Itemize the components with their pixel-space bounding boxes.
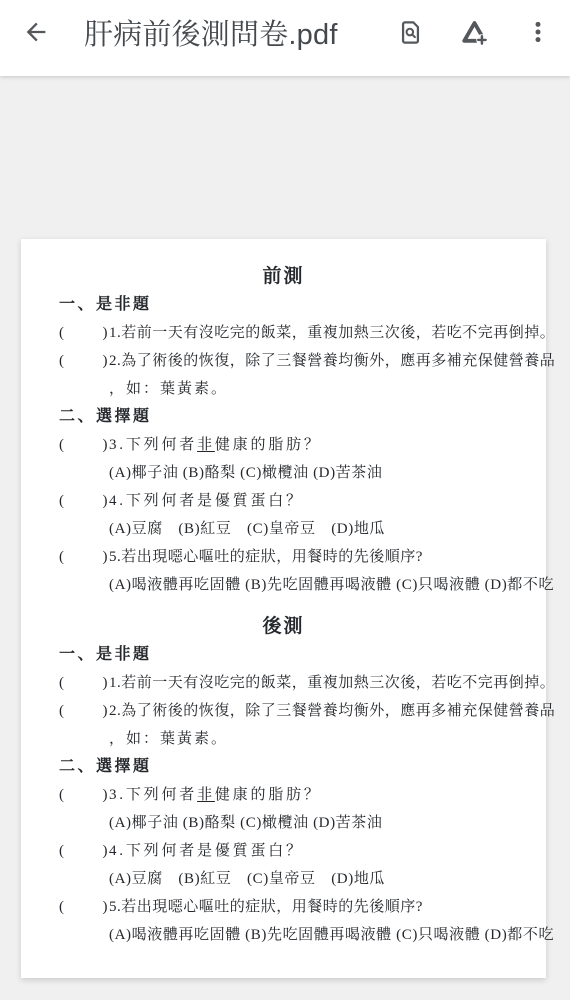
- back-arrow-icon: [22, 18, 50, 46]
- question-text: 4.下列何者是優質蛋白？: [109, 493, 304, 509]
- pretest-section: 前測 一、是非題 ()1.若前一天有沒吃完的飯菜，重複加熱三次後，若吃不完再倒掉…: [21, 263, 546, 599]
- question-line: ()1.若前一天有沒吃完的飯菜，重複加熱三次後，若吃不完再倒掉。: [21, 669, 546, 697]
- section-heading: 前測: [21, 263, 546, 291]
- true-false-header: 一、是非題: [21, 641, 546, 669]
- add-to-drive-icon: [461, 19, 488, 46]
- find-in-document-button[interactable]: [388, 10, 432, 54]
- question-text: 1.若前一天有沒吃完的飯菜，重複加熱三次後，若吃不完再倒掉。: [109, 675, 555, 691]
- answer-blank-close: ): [103, 325, 109, 341]
- answer-blank-open: (: [59, 703, 65, 719]
- underlined-word: 非: [197, 437, 215, 453]
- question-continuation: ，如：葉黃素。: [21, 375, 546, 403]
- posttest-section: 後測 一、是非題 ()1.若前一天有沒吃完的飯菜，重複加熱三次後，若吃不完再倒掉…: [21, 613, 546, 949]
- answer-blank-close: ): [103, 703, 109, 719]
- underlined-word: 非: [197, 787, 215, 803]
- answer-blank-close: ): [103, 437, 109, 453]
- question-line: ()1.若前一天有沒吃完的飯菜，重複加熱三次後，若吃不完再倒掉。: [21, 319, 546, 347]
- answer-blank-open: (: [59, 437, 65, 453]
- question-text: 4.下列何者是優質蛋白？: [109, 843, 304, 859]
- question-line: ()3.下列何者非健康的脂肪？: [21, 781, 546, 809]
- question-text: 5.若出現噁心嘔吐的症狀，用餐時的先後順序?: [109, 549, 423, 565]
- pdf-viewport[interactable]: 前測 一、是非題 ()1.若前一天有沒吃完的飯菜，重複加熱三次後，若吃不完再倒掉…: [0, 76, 570, 1000]
- options-line: (A)椰子油 (B)酪梨 (C)橄欖油 (D)苦茶油: [21, 809, 546, 837]
- answer-blank-open: (: [59, 325, 65, 341]
- answer-blank-open: (: [59, 493, 65, 509]
- overflow-menu-button[interactable]: [516, 10, 560, 54]
- app-bar: 肝病前後測問卷.pdf: [0, 0, 570, 76]
- question-line: ()3.下列何者非健康的脂肪？: [21, 431, 546, 459]
- answer-blank-open: (: [59, 675, 65, 691]
- question-text: 5.若出現噁心嘔吐的症狀，用餐時的先後順序?: [109, 899, 423, 915]
- question-line: ()2.為了術後的恢復，除了三餐營養均衡外，應再多補充保健營養品: [21, 347, 546, 375]
- question-text: 2.為了術後的恢復，除了三餐營養均衡外，應再多補充保健營養品: [109, 703, 555, 719]
- multiple-choice-header: 二、選擇題: [21, 753, 546, 781]
- question-text: 3.下列何者非健康的脂肪？: [109, 437, 322, 453]
- options-line: (A)喝液體再吃固體 (B)先吃固體再喝液體 (C)只喝液體 (D)都不吃: [21, 921, 546, 949]
- answer-blank-open: (: [59, 843, 65, 859]
- true-false-header: 一、是非題: [21, 291, 546, 319]
- question-line: ()4.下列何者是優質蛋白？: [21, 837, 546, 865]
- question-text: 3.下列何者非健康的脂肪？: [109, 787, 322, 803]
- options-line: (A)喝液體再吃固體 (B)先吃固體再喝液體 (C)只喝液體 (D)都不吃: [21, 571, 546, 599]
- answer-blank-close: ): [103, 675, 109, 691]
- options-line: (A)椰子油 (B)酪梨 (C)橄欖油 (D)苦茶油: [21, 459, 546, 487]
- answer-blank-close: ): [103, 843, 109, 859]
- answer-blank-close: ): [103, 493, 109, 509]
- options-line: (A)豆腐 (B)紅豆 (C)皇帝豆 (D)地瓜: [21, 515, 546, 543]
- answer-blank-open: (: [59, 353, 65, 369]
- answer-blank-close: ): [103, 787, 109, 803]
- document-title: 肝病前後測問卷.pdf: [84, 12, 388, 53]
- overflow-menu-icon: [525, 19, 551, 45]
- answer-blank-open: (: [59, 549, 65, 565]
- back-button[interactable]: [14, 10, 58, 54]
- question-text: 2.為了術後的恢復，除了三餐營養均衡外，應再多補充保健營養品: [109, 353, 555, 369]
- answer-blank-close: ): [103, 353, 109, 369]
- find-in-document-icon: [397, 19, 424, 46]
- multiple-choice-header: 二、選擇題: [21, 403, 546, 431]
- add-to-drive-button[interactable]: [452, 10, 496, 54]
- question-line: ()5.若出現噁心嘔吐的症狀，用餐時的先後順序?: [21, 543, 546, 571]
- answer-blank-close: ): [103, 549, 109, 565]
- options-line: (A)豆腐 (B)紅豆 (C)皇帝豆 (D)地瓜: [21, 865, 546, 893]
- question-line: ()2.為了術後的恢復，除了三餐營養均衡外，應再多補充保健營養品: [21, 697, 546, 725]
- answer-blank-open: (: [59, 787, 65, 803]
- pdf-page: 前測 一、是非題 ()1.若前一天有沒吃完的飯菜，重複加熱三次後，若吃不完再倒掉…: [21, 239, 546, 978]
- question-text: 1.若前一天有沒吃完的飯菜，重複加熱三次後，若吃不完再倒掉。: [109, 325, 555, 341]
- appbar-actions: [388, 10, 560, 54]
- answer-blank-open: (: [59, 899, 65, 915]
- question-line: ()5.若出現噁心嘔吐的症狀，用餐時的先後順序?: [21, 893, 546, 921]
- question-line: ()4.下列何者是優質蛋白？: [21, 487, 546, 515]
- question-continuation: ，如：葉黃素。: [21, 725, 546, 753]
- answer-blank-close: ): [103, 899, 109, 915]
- section-heading: 後測: [21, 613, 546, 641]
